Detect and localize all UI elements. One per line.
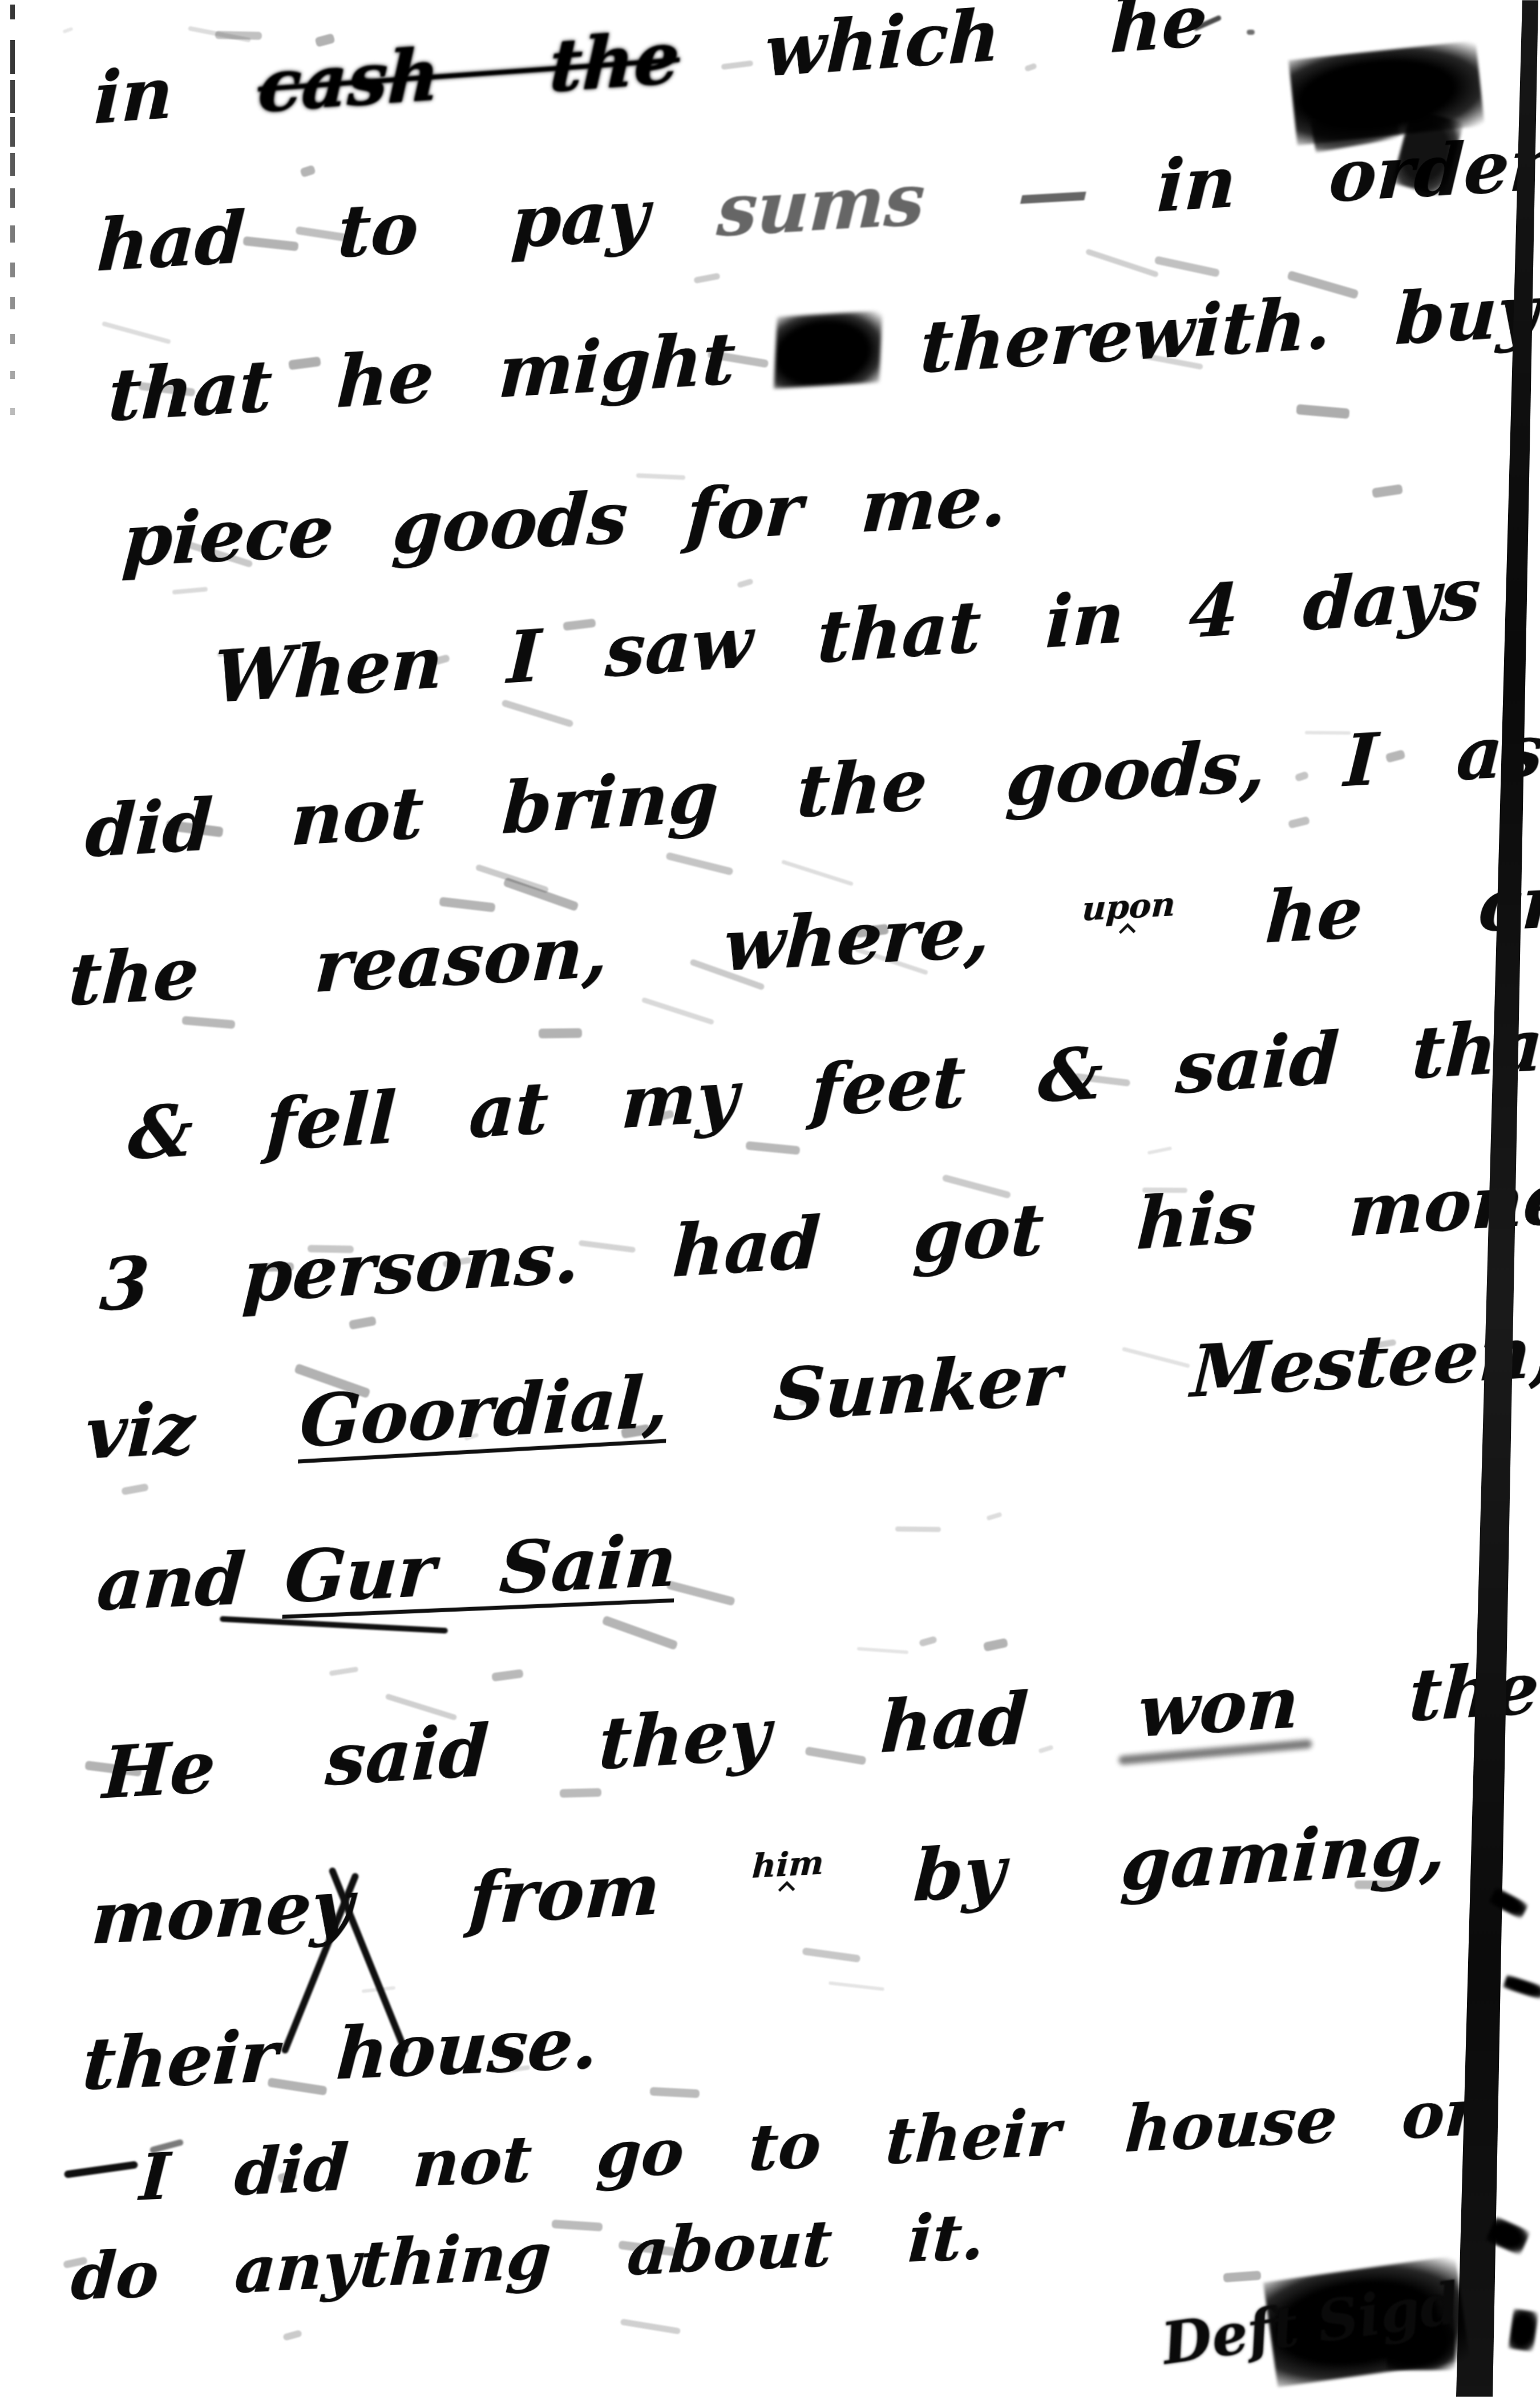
manuscript-line: had to paysums —in order [95, 129, 1540, 282]
manuscript-line: did not bring the goods, I asked [84, 707, 1540, 867]
bleedthrough-mark [181, 1016, 235, 1029]
ink-blot [1508, 2309, 1538, 2351]
handwritten-text: viz [84, 1392, 196, 1470]
bleedthrough-mark [802, 1947, 860, 1962]
handwritten-text: 3 persons. had got his money [98, 1160, 1540, 1321]
bleedthrough-mark [349, 1316, 377, 1330]
manuscript-line: money fromhimby gaming, at [89, 1802, 1540, 1963]
bleedthrough-mark [1287, 816, 1309, 828]
scan-edge-mark [10, 40, 15, 74]
bleedthrough-mark [475, 863, 549, 893]
manuscript-line: When I saw that in 4 days he [213, 547, 1540, 713]
handwritten-text: money from [90, 1854, 662, 1955]
inserted-word-text: him [751, 1846, 824, 1883]
manuscript-line: andGur Sain [95, 1525, 679, 1627]
bleedthrough-mark [439, 897, 495, 913]
scan-edge-mark [10, 153, 15, 176]
manuscript-line: vizGoordial,Sunker Mesteen, [84, 1316, 1540, 1476]
scan-edge-mark [10, 188, 15, 208]
bleedthrough-mark [300, 165, 316, 178]
manuscript-line: piece goods for me. [120, 465, 1009, 576]
handwritten-text: which he [763, 0, 1208, 87]
inserted-word: upon [1080, 887, 1176, 940]
scan-edge-mark [10, 5, 15, 19]
scan-edge-mark [10, 263, 15, 277]
bleedthrough-mark [919, 1636, 937, 1647]
scan-edge-mark [10, 225, 15, 243]
manuscript-line: 3 persons. had got his money [98, 1160, 1540, 1321]
margin-dash [1247, 30, 1255, 35]
handwritten-text: the reason, where, [67, 896, 992, 1016]
bleedthrough-mark [857, 1647, 909, 1655]
handwritten-text: therewith. buy [919, 275, 1540, 384]
bleedthrough-mark [781, 859, 854, 886]
bleedthrough-mark [172, 587, 208, 595]
handwritten-text: had to pay [95, 179, 650, 282]
manuscript-line: their house. [80, 2007, 600, 2100]
handwritten-text: in [93, 57, 174, 134]
handwritten-text: & fell at my feet & said that [127, 1007, 1540, 1170]
manuscript-line: incash thewhich he [93, 0, 1208, 134]
bleedthrough-mark [282, 2330, 302, 2341]
scan-edge-mark [10, 408, 15, 415]
inserted-word-text: upon [1081, 887, 1176, 926]
bleedthrough-mark [650, 2087, 700, 2098]
scan-edge-mark [10, 334, 15, 344]
bleedthrough-mark [1154, 256, 1220, 277]
bleedthrough-mark [1372, 484, 1402, 498]
bleedthrough-mark [1147, 1147, 1172, 1155]
bleedthrough-mark [828, 1982, 884, 1991]
bleedthrough-mark [329, 1666, 359, 1676]
bleedthrough-mark [665, 852, 734, 876]
bleedthrough-mark [986, 1512, 1002, 1520]
bleedthrough-mark [1085, 248, 1159, 278]
handwritten-text: sums — [716, 155, 1091, 247]
handwritten-text: piece goods for me. [120, 465, 1009, 576]
margin-dash [64, 2161, 139, 2178]
handwritten-text: their house. [80, 2007, 600, 2100]
bleedthrough-mark [620, 2318, 681, 2334]
handwritten-text: I did not go to their house or [138, 2080, 1480, 2210]
bleedthrough-mark [983, 1638, 1008, 1652]
bleedthrough-mark [641, 997, 714, 1025]
scan-edge-mark [10, 297, 15, 309]
ink-blot [1503, 1975, 1540, 2000]
bleedthrough-mark [102, 321, 171, 344]
bleedthrough-mark [737, 578, 753, 588]
bleedthrough-mark [746, 1141, 801, 1155]
handwritten-text: He said they had won the [101, 1652, 1540, 1809]
manuscript-line: the reason, where,uponhe cried [66, 860, 1540, 1024]
inserted-word: him [750, 1846, 824, 1898]
ink-blot [774, 310, 882, 389]
manuscript-page: incash thewhich hehad to paysums —in ord… [0, 0, 1540, 2397]
handwritten-text: by gaming, at [912, 1802, 1540, 1911]
bleedthrough-mark [121, 1483, 148, 1495]
manuscript-line: I did not go to their house or [138, 2080, 1480, 2210]
scan-edge-mark [10, 371, 15, 379]
handwritten-text: and [95, 1543, 247, 1621]
bleedthrough-mark [895, 1527, 941, 1532]
handwritten-text: Sunker Mesteen, [772, 1316, 1540, 1431]
manuscript-line: & fell at my feet & said that [127, 1007, 1540, 1170]
bleedthrough-mark [491, 1669, 523, 1682]
underlined-name: Gur Sain [282, 1525, 679, 1619]
bleedthrough-mark [1223, 2270, 1261, 2282]
handwritten-text: When I saw that in 4 days he [213, 547, 1540, 713]
bleedthrough-mark [63, 27, 74, 34]
scan-edge-mark [10, 80, 15, 113]
handwritten-text: do anything about it. [70, 2204, 987, 2310]
bleedthrough-mark [560, 1788, 602, 1798]
bleedthrough-mark [539, 1028, 582, 1038]
bleedthrough-mark [1296, 404, 1350, 419]
scan-edge-mark [10, 117, 15, 147]
bleedthrough-mark [601, 1615, 678, 1651]
manuscript-line: He said they had won the [101, 1652, 1540, 1809]
handwritten-text: did not bring the goods, I asked [84, 707, 1540, 867]
bleedthrough-mark [666, 1580, 735, 1607]
manuscript-line: do anything about it. [70, 2204, 987, 2310]
bleedthrough-mark [501, 699, 574, 728]
bleedthrough-mark [693, 273, 720, 284]
underlined-name: Goordial, [298, 1366, 670, 1464]
handwritten-text: that he might [107, 322, 737, 431]
